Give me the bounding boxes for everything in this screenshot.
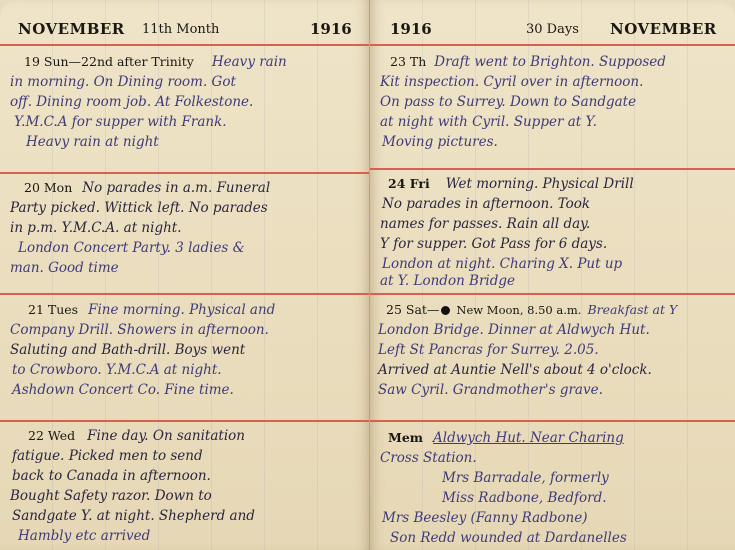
day-label: 25 Sat—	[386, 302, 439, 317]
entry-text: Son Redd wounded at Dardanelles	[370, 528, 735, 548]
entry-text: London Bridge. Dinner at Aldwych Hut.	[370, 320, 735, 340]
header-rule	[370, 44, 735, 46]
entry-text: Saw Cyril. Grandmother's grave.	[370, 380, 735, 400]
month-heading: NOVEMBER	[18, 20, 125, 38]
entry-text: man. Good time	[0, 258, 369, 278]
diary-entry-25: 25 Sat— New Moon, 8.50 a.m. Breakfast at…	[370, 300, 735, 400]
diary-entry-24: 24 Fri Wet morning. Physical Drill No pa…	[370, 174, 735, 288]
day-label: 20 Mon	[24, 180, 72, 195]
entry-text: Aldwych Hut. Near Charing	[433, 430, 624, 446]
memo-section: Mem Aldwych Hut. Near Charing Cross Stat…	[370, 428, 735, 548]
right-page-header: 1916 30 Days NOVEMBER	[370, 16, 735, 44]
year-heading: 1916	[310, 20, 352, 38]
diary-entry-23: 23 Th Draft went to Brighton. Supposed K…	[370, 52, 735, 152]
entry-text: Party picked. Wittick left. No parades	[0, 198, 369, 218]
entry-text: No parades in afternoon. Took	[370, 194, 735, 214]
entry-text: in morning. On Dining room. Got	[0, 72, 369, 92]
moon-phase-note: New Moon, 8.50 a.m.	[456, 303, 581, 317]
entry-text: back to Canada in afternoon.	[0, 466, 369, 486]
entry-text: Y for supper. Got Pass for 6 days.	[370, 234, 735, 254]
entry-text: Ashdown Concert Co. Fine time.	[0, 380, 369, 400]
entry-text: Mrs Beesley (Fanny Radbone)	[370, 508, 735, 528]
day-divider	[0, 293, 369, 295]
header-rule	[0, 44, 369, 46]
entry-text: Fine morning. Physical and	[88, 302, 275, 318]
entry-text: names for passes. Rain all day.	[370, 214, 735, 234]
entry-text: Cross Station.	[370, 448, 735, 468]
entry-text: Company Drill. Showers in afternoon.	[0, 320, 369, 340]
entry-text: at Y. London Bridge	[370, 274, 735, 288]
entry-text: Draft went to Brighton. Supposed	[434, 54, 666, 70]
memo-label: Mem	[388, 430, 423, 445]
right-page: 1916 30 Days NOVEMBER 23 Th Draft went t…	[370, 0, 735, 550]
day-divider	[370, 420, 735, 422]
entry-text: Miss Radbone, Bedford.	[370, 488, 735, 508]
day-divider	[370, 168, 735, 170]
day-divider	[0, 172, 369, 174]
day-label: 19 Sun—22nd after Trinity	[24, 54, 194, 69]
entry-text: Kit inspection. Cyril over in afternoon.	[370, 72, 735, 92]
entry-text: in p.m. Y.M.C.A. at night.	[0, 218, 369, 238]
left-page-header: NOVEMBER 11th Month 1916	[0, 16, 369, 44]
year-heading: 1916	[390, 20, 432, 38]
diary-entry-20: 20 Mon No parades in a.m. Funeral Party …	[0, 178, 369, 278]
entry-text: No parades in a.m. Funeral	[82, 180, 270, 196]
day-label: 21 Tues	[28, 302, 78, 317]
entry-text: Breakfast at Y	[587, 302, 677, 317]
entry-text: to Crowboro. Y.M.C.A at night.	[0, 360, 369, 380]
entry-text: Wet morning. Physical Drill	[446, 176, 634, 192]
diary-entry-19: 19 Sun—22nd after Trinity Heavy rain in …	[0, 52, 369, 152]
entry-text: Heavy rain	[212, 54, 287, 70]
day-label: 24 Fri	[388, 176, 430, 191]
new-moon-icon	[441, 306, 450, 315]
day-label: 23 Th	[390, 54, 426, 69]
diary-entry-22: 22 Wed Fine day. On sanitation fatigue. …	[0, 426, 369, 546]
entry-text: Hambly etc arrived	[0, 526, 369, 546]
entry-text: Arrived at Auntie Nell's about 4 o'clock…	[370, 360, 735, 380]
entry-text: London at night. Charing X. Put up	[370, 254, 735, 274]
day-divider	[0, 420, 369, 422]
diary-entry-21: 21 Tues Fine morning. Physical and Compa…	[0, 300, 369, 400]
entry-text: Fine day. On sanitation	[87, 428, 245, 444]
day-divider	[370, 293, 735, 295]
entry-text: Bought Safety razor. Down to	[0, 486, 369, 506]
entry-text: Sandgate Y. at night. Shepherd and	[0, 506, 369, 526]
entry-text: Heavy rain at night	[0, 132, 369, 152]
entry-text: fatigue. Picked men to send	[0, 446, 369, 466]
entry-text: Left St Pancras for Surrey. 2.05.	[370, 340, 735, 360]
month-heading: NOVEMBER	[610, 20, 717, 38]
diary-spread: NOVEMBER 11th Month 1916 19 Sun—22nd aft…	[0, 0, 735, 550]
entry-text: London Concert Party. 3 ladies &	[0, 238, 369, 258]
left-page: NOVEMBER 11th Month 1916 19 Sun—22nd aft…	[0, 0, 370, 550]
entry-text: off. Dining room job. At Folkestone.	[0, 92, 369, 112]
entry-text: Moving pictures.	[370, 132, 735, 152]
entry-text: On pass to Surrey. Down to Sandgate	[370, 92, 735, 112]
month-number: 11th Month	[142, 22, 219, 37]
entry-text: Y.M.C.A for supper with Frank.	[0, 112, 369, 132]
day-label: 22 Wed	[28, 428, 75, 443]
days-count: 30 Days	[526, 22, 579, 37]
entry-text: Saluting and Bath-drill. Boys went	[0, 340, 369, 360]
entry-text: Mrs Barradale, formerly	[370, 468, 735, 488]
entry-text: at night with Cyril. Supper at Y.	[370, 112, 735, 132]
